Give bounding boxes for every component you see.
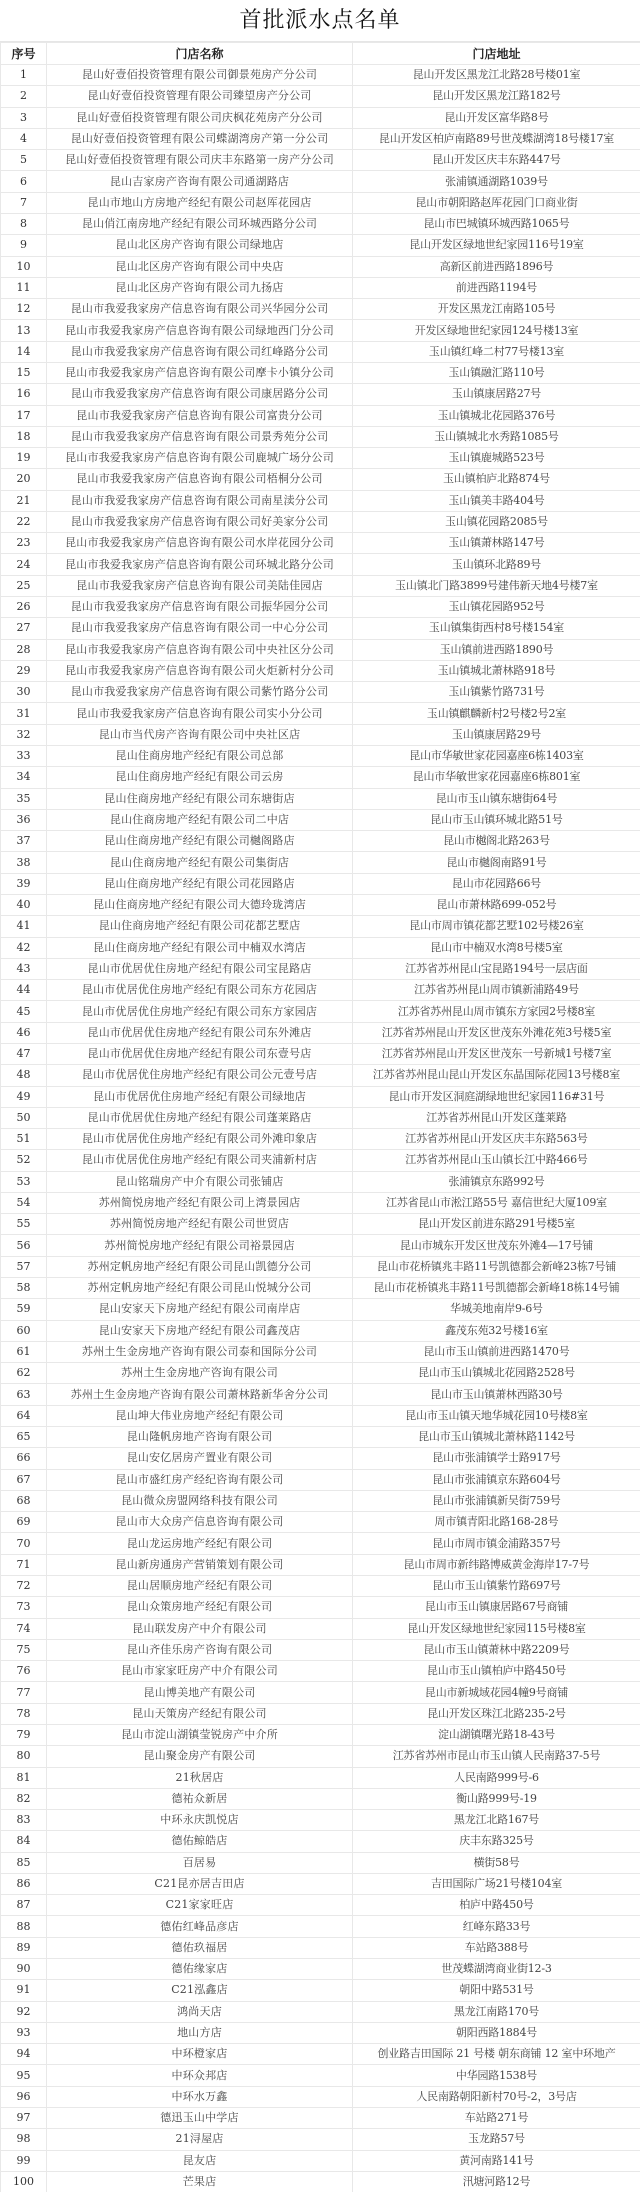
- row-number: 73: [1, 1597, 47, 1618]
- store-name: 昆山安家天下房地产经纪有限公司南岸店: [47, 1299, 353, 1320]
- store-address: 汛塘河路12号: [353, 2171, 640, 2192]
- row-number: 32: [1, 724, 47, 745]
- store-address: 昆山市中楠双水湾8号楼5室: [353, 937, 640, 958]
- table-row: 11昆山北区房产咨询有限公司九扬店前进西路1194号: [1, 277, 640, 298]
- table-row: 8昆山俏江南房地产经纪有限公司环城西路分公司昆山市巴城镇环城西路1065号: [1, 213, 640, 234]
- row-number: 50: [1, 1107, 47, 1128]
- table-row: 50昆山市优居优住房地产经纪有限公司蓬莱路店江苏省苏州昆山开发区蓬莱路: [1, 1107, 640, 1128]
- row-number: 92: [1, 2001, 47, 2022]
- row-number: 100: [1, 2171, 47, 2192]
- store-address: 昆山市玉山镇天地华城花园10号楼8室: [353, 1405, 640, 1426]
- row-number: 18: [1, 426, 47, 447]
- row-number: 74: [1, 1618, 47, 1639]
- table-row: 80昆山聚金房产有限公司江苏省苏州市昆山市玉山镇人民南路37-5号: [1, 1746, 640, 1767]
- row-number: 67: [1, 1469, 47, 1490]
- table-row: 38昆山住商房地产经纪有限公司集街店昆山市樾阁南路91号: [1, 852, 640, 873]
- store-address: 江苏省苏州市昆山市玉山镇人民南路37-5号: [353, 1746, 640, 1767]
- table-row: 65昆山隆帆房地产咨询有限公司昆山市玉山镇城北萧林路1142号: [1, 1427, 640, 1448]
- row-number: 90: [1, 1959, 47, 1980]
- row-number: 46: [1, 1022, 47, 1043]
- store-address: 昆山市花桥镇兆丰路11号凯德都会新峰18栋14号铺: [353, 1278, 640, 1299]
- store-address: 昆山市花桥镇兆丰路11号凯德都会新峰23栋7号铺: [353, 1256, 640, 1277]
- row-number: 8: [1, 213, 47, 234]
- store-address: 江苏省苏州昆山宝昆路194号一层店面: [353, 958, 640, 979]
- table-row: 57苏州定帆房地产经纪有限公司昆山凯德分公司昆山市花桥镇兆丰路11号凯德都会新峰…: [1, 1256, 640, 1277]
- row-number: 1: [1, 65, 47, 86]
- row-number: 72: [1, 1575, 47, 1596]
- table-row: 66昆山安亿居房产置业有限公司昆山市张浦镇学士路917号: [1, 1448, 640, 1469]
- store-address: 昆山开发区绿地世纪家园115号楼8室: [353, 1618, 640, 1639]
- table-row: 7昆山市地山方房地产经纪有限公司赵厍花园店昆山市朝阳路赵厍花园门口商业街: [1, 192, 640, 213]
- store-name: 昆山住商房地产经纪有限公司樾阁路店: [47, 831, 353, 852]
- row-number: 30: [1, 682, 47, 703]
- table-row: 75昆山齐佳乐房产咨询有限公司昆山市玉山镇萧林中路2209号: [1, 1639, 640, 1660]
- store-address: 玉山镇柏庐北路874号: [353, 469, 640, 490]
- store-name: 昆山龙运房地产经纪有限公司: [47, 1533, 353, 1554]
- store-address: 玉山镇康居路29号: [353, 724, 640, 745]
- table-row: 39昆山住商房地产经纪有限公司花园路店昆山市花园路66号: [1, 873, 640, 894]
- store-address: 玉山镇花园路952号: [353, 597, 640, 618]
- table-row: 4昆山好壹佰投资管理有限公司蝶湖湾房产第一分公司昆山开发区柏庐南路89号世茂蝶湖…: [1, 128, 640, 149]
- store-name: 昆山聚金房产有限公司: [47, 1746, 353, 1767]
- column-header-address: 门店地址: [353, 43, 640, 65]
- table-row: 96中环水万鑫人民南路朝阳新村70号-2，3号店: [1, 2086, 640, 2107]
- row-number: 63: [1, 1384, 47, 1405]
- table-row: 61苏州土生金房地产咨询有限公司泰和国际分公司昆山市玉山镇前进西路1470号: [1, 1341, 640, 1362]
- store-address: 张浦镇京东路992号: [353, 1171, 640, 1192]
- row-number: 88: [1, 1916, 47, 1937]
- row-number: 20: [1, 469, 47, 490]
- row-number: 51: [1, 1129, 47, 1150]
- table-row: 99昆友店黄河南路141号: [1, 2150, 640, 2171]
- store-name: 昆山居顺房地产经纪有限公司: [47, 1575, 353, 1596]
- spreadsheet: 首批派水点名单 序号 门店名称 门店地址 1昆山好壹佰投资管理有限公司御景苑房产…: [0, 0, 640, 2192]
- table-row: 44昆山市优居优住房地产经纪有限公司东方花园店江苏省苏州昆山周市镇新浦路49号: [1, 980, 640, 1001]
- store-name: 昆山市我爱我家房产信息咨询有限公司红峰路分公司: [47, 341, 353, 362]
- table-row: 41昆山住商房地产经纪有限公司花都艺墅店昆山市周市镇花都艺墅102号楼26室: [1, 916, 640, 937]
- table-row: 52昆山市优居优住房地产经纪有限公司夹浦新村店江苏省苏州昆山玉山镇长江中路466…: [1, 1150, 640, 1171]
- store-name: 昆山众策房地产经纪有限公司: [47, 1597, 353, 1618]
- table-row: 40昆山住商房地产经纪有限公司大德玲珑湾店昆山市萧林路699-052号: [1, 894, 640, 915]
- store-address: 吉田国际广场21号楼104室: [353, 1873, 640, 1894]
- table-row: 48昆山市优居优住房地产经纪有限公司公元壹号店江苏省苏州昆山昆山开发区东晶国际花…: [1, 1065, 640, 1086]
- row-number: 7: [1, 192, 47, 213]
- row-number: 77: [1, 1682, 47, 1703]
- table-row: 53昆山铭瑞房产中介有限公司张铺店张浦镇京东路992号: [1, 1171, 640, 1192]
- store-address: 昆山市花园路66号: [353, 873, 640, 894]
- row-number: 39: [1, 873, 47, 894]
- store-address: 张浦镇通湖路1039号: [353, 171, 640, 192]
- store-name: 昆山好壹佰投资管理有限公司庆枫花苑房产分公司: [47, 107, 353, 128]
- store-name: 昆山市我爱我家房产信息咨询有限公司美陆佳园店: [47, 575, 353, 596]
- table-row: 83中环永庆凯悦店黑龙江北路167号: [1, 1810, 640, 1831]
- store-name: 昆山市我爱我家房产信息咨询有限公司火炬新村分公司: [47, 660, 353, 681]
- store-name: 昆山北区房产咨询有限公司九扬店: [47, 277, 353, 298]
- store-address: 朝阳中路531号: [353, 1980, 640, 2001]
- store-name: 苏州定帆房地产经纪有限公司昆山凯德分公司: [47, 1256, 353, 1277]
- store-name: 苏州定帆房地产经纪有限公司昆山悦城分公司: [47, 1278, 353, 1299]
- row-number: 71: [1, 1554, 47, 1575]
- table-row: 24昆山市我爱我家房产信息咨询有限公司环城北路分公司玉山镇环北路89号: [1, 554, 640, 575]
- store-name: 昆山坤大伟业房地产经纪有限公司: [47, 1405, 353, 1426]
- table-row: 19昆山市我爱我家房产信息咨询有限公司鹿城广场分公司玉山镇鹿城路523号: [1, 448, 640, 469]
- table-row: 77昆山博美地产有限公司昆山市新城域花园4幢9号商铺: [1, 1682, 640, 1703]
- table-row: 93地山方店朝阳西路1884号: [1, 2022, 640, 2043]
- table-row: 88德佑红峰品彦店红峰东路33号: [1, 1916, 640, 1937]
- table-row: 91C21泓鑫店朝阳中路531号: [1, 1980, 640, 2001]
- store-address: 昆山市华敏世家花园嘉座6栋1403室: [353, 746, 640, 767]
- table-row: 90德佑缘家店世茂蝶湖湾商业街12-3: [1, 1959, 640, 1980]
- table-row: 6昆山吉家房产咨询有限公司通湖路店张浦镇通湖路1039号: [1, 171, 640, 192]
- store-address: 红峰东路33号: [353, 1916, 640, 1937]
- row-number: 61: [1, 1341, 47, 1362]
- row-number: 31: [1, 703, 47, 724]
- table-row: 14昆山市我爱我家房产信息咨询有限公司红峰路分公司玉山镇红峰二村77号楼13室: [1, 341, 640, 362]
- store-name: 昆山市我爱我家房产信息咨询有限公司绿地西门分公司: [47, 320, 353, 341]
- store-address: 黑龙江南路170号: [353, 2001, 640, 2022]
- store-address: 昆山市张浦镇新吴街759号: [353, 1490, 640, 1511]
- row-number: 47: [1, 1043, 47, 1064]
- table-row: 3昆山好壹佰投资管理有限公司庆枫花苑房产分公司昆山开发区富华路8号: [1, 107, 640, 128]
- store-address: 玉山镇花园路2085号: [353, 511, 640, 532]
- store-address: 昆山市玉山镇萧林西路30号: [353, 1384, 640, 1405]
- store-name: 昆山铭瑞房产中介有限公司张铺店: [47, 1171, 353, 1192]
- row-number: 42: [1, 937, 47, 958]
- store-address: 昆山市玉山镇康居路67号商铺: [353, 1597, 640, 1618]
- row-number: 48: [1, 1065, 47, 1086]
- row-number: 15: [1, 362, 47, 383]
- row-number: 52: [1, 1150, 47, 1171]
- store-name: 百居易: [47, 1852, 353, 1873]
- table-row: 17昆山市我爱我家房产信息咨询有限公司富贵分公司玉山镇城北花园路376号: [1, 405, 640, 426]
- store-name: 昆山安亿居房产置业有限公司: [47, 1448, 353, 1469]
- row-number: 25: [1, 575, 47, 596]
- table-row: 70昆山龙运房地产经纪有限公司昆山市周市镇金浦路357号: [1, 1533, 640, 1554]
- row-number: 78: [1, 1703, 47, 1724]
- store-address: 玉山镇前进西路1890号: [353, 639, 640, 660]
- store-name: 昆山市淀山湖镇莹锐房产中介所: [47, 1724, 353, 1745]
- column-header-name: 门店名称: [47, 43, 353, 65]
- store-address: 车站路388号: [353, 1937, 640, 1958]
- row-number: 2: [1, 86, 47, 107]
- store-address: 昆山市周市新纬路博威黄金海岸17-7号: [353, 1554, 640, 1575]
- table-row: 89德佑玖福居车站路388号: [1, 1937, 640, 1958]
- store-name: 昆山俏江南房地产经纪有限公司环城西路分公司: [47, 213, 353, 234]
- store-name: 鸿尚天店: [47, 2001, 353, 2022]
- store-address: 昆山市玉山镇环城北路51号: [353, 809, 640, 830]
- table-row: 49昆山市优居优住房地产经纪有限公司绿地店昆山市开发区洞庭湖绿地世纪家园116#…: [1, 1086, 640, 1107]
- store-name: 昆山市优居优住房地产经纪有限公司夹浦新村店: [47, 1150, 353, 1171]
- store-name: 昆山住商房地产经纪有限公司中楠双水湾店: [47, 937, 353, 958]
- row-number: 21: [1, 490, 47, 511]
- table-row: 20昆山市我爱我家房产信息咨询有限公司梧桐分公司玉山镇柏庐北路874号: [1, 469, 640, 490]
- table-row: 2昆山好壹佰投资管理有限公司臻望房产分公司昆山开发区黑龙江路182号: [1, 86, 640, 107]
- row-number: 43: [1, 958, 47, 979]
- store-name: 昆山市当代房产咨询有限公司中央社区店: [47, 724, 353, 745]
- store-address: 玉山镇城北萧林路918号: [353, 660, 640, 681]
- row-number: 98: [1, 2129, 47, 2150]
- header-row: 序号 门店名称 门店地址: [1, 43, 640, 65]
- store-address: 人民南路999号-6: [353, 1767, 640, 1788]
- row-number: 64: [1, 1405, 47, 1426]
- store-name: 昆山安家天下房地产经纪有限公司鑫茂店: [47, 1320, 353, 1341]
- store-name: 中环水万鑫: [47, 2086, 353, 2107]
- row-number: 6: [1, 171, 47, 192]
- row-number: 17: [1, 405, 47, 426]
- row-number: 38: [1, 852, 47, 873]
- table-row: 72昆山居顺房地产经纪有限公司昆山市玉山镇紫竹路697号: [1, 1575, 640, 1596]
- table-row: 43昆山市优居优住房地产经纪有限公司宝昆路店江苏省苏州昆山宝昆路194号一层店面: [1, 958, 640, 979]
- store-name: 昆山市地山方房地产经纪有限公司赵厍花园店: [47, 192, 353, 213]
- row-number: 36: [1, 809, 47, 830]
- table-body: 1昆山好壹佰投资管理有限公司御景苑房产分公司昆山开发区黑龙江北路28号楼01室2…: [1, 65, 640, 2192]
- row-number: 41: [1, 916, 47, 937]
- row-number: 94: [1, 2044, 47, 2065]
- row-number: 66: [1, 1448, 47, 1469]
- table-row: 79昆山市淀山湖镇莹锐房产中介所淀山湖镇曙光路18-43号: [1, 1724, 640, 1745]
- store-name: 昆山市家家旺房产中介有限公司: [47, 1661, 353, 1682]
- table-row: 18昆山市我爱我家房产信息咨询有限公司景秀苑分公司玉山镇城北水秀路1085号: [1, 426, 640, 447]
- page-title: 首批派水点名单: [0, 0, 640, 42]
- store-address: 江苏省苏州昆山开发区蓬莱路: [353, 1107, 640, 1128]
- store-name: 昆山市我爱我家房产信息咨询有限公司水岸花园分公司: [47, 533, 353, 554]
- store-name: C21泓鑫店: [47, 1980, 353, 2001]
- table-row: 16昆山市我爱我家房产信息咨询有限公司康居路分公司玉山镇康居路27号: [1, 384, 640, 405]
- store-address: 江苏省苏州昆山开发区世茂东一号新城1号楼7室: [353, 1043, 640, 1064]
- store-name: 昆山市优居优住房地产经纪有限公司蓬莱路店: [47, 1107, 353, 1128]
- store-name: 苏州土生金房地产咨询有限公司: [47, 1363, 353, 1384]
- store-name: 昆山市我爱我家房产信息咨询有限公司鹿城广场分公司: [47, 448, 353, 469]
- store-address: 玉山镇红峰二村77号楼13室: [353, 341, 640, 362]
- row-number: 80: [1, 1746, 47, 1767]
- store-address: 昆山市张浦镇学士路917号: [353, 1448, 640, 1469]
- store-address: 昆山市玉山镇紫竹路697号: [353, 1575, 640, 1596]
- store-name: 昆山天策房产经纪有限公司: [47, 1703, 353, 1724]
- store-address: 昆山开发区前进东路291号楼5室: [353, 1214, 640, 1235]
- store-name: 中环众邦店: [47, 2065, 353, 2086]
- store-address: 玉山镇集街西村8号楼154室: [353, 618, 640, 639]
- store-name: 昆山好壹佰投资管理有限公司御景苑房产分公司: [47, 65, 353, 86]
- table-row: 10昆山北区房产咨询有限公司中央店高新区前进西路1896号: [1, 256, 640, 277]
- table-row: 31昆山市我爱我家房产信息咨询有限公司实小分公司玉山镇麒麟新村2号楼2号2室: [1, 703, 640, 724]
- store-address: 昆山市玉山镇柏庐中路450号: [353, 1661, 640, 1682]
- store-address: 昆山市开发区洞庭湖绿地世纪家园116#31号: [353, 1086, 640, 1107]
- row-number: 91: [1, 1980, 47, 2001]
- store-address: 开发区绿地世纪家园124号楼13室: [353, 320, 640, 341]
- store-name: 21浔屋店: [47, 2129, 353, 2150]
- store-name: 中环永庆凯悦店: [47, 1810, 353, 1831]
- store-name: 昆山住商房地产经纪有限公司云房: [47, 767, 353, 788]
- store-name: 苏州简悦房地产经纪有限公司世贸店: [47, 1214, 353, 1235]
- table-row: 54苏州简悦房地产经纪有限公司上湾景园店江苏省昆山市淞江路55号 嘉信世纪大厦1…: [1, 1192, 640, 1213]
- store-name: 昆山北区房产咨询有限公司绿地店: [47, 235, 353, 256]
- store-name: 昆山北区房产咨询有限公司中央店: [47, 256, 353, 277]
- store-address: 中华园路1538号: [353, 2065, 640, 2086]
- table-row: 15昆山市我爱我家房产信息咨询有限公司摩卡小镇分公司玉山镇融汇路110号: [1, 362, 640, 383]
- store-address: 江苏省苏州昆山周市镇新浦路49号: [353, 980, 640, 1001]
- store-address: 昆山市周市镇花都艺墅102号楼26室: [353, 916, 640, 937]
- row-number: 87: [1, 1895, 47, 1916]
- row-number: 3: [1, 107, 47, 128]
- row-number: 79: [1, 1724, 47, 1745]
- store-address: 江苏省昆山市淞江路55号 嘉信世纪大厦109室: [353, 1192, 640, 1213]
- store-name: 昆山好壹佰投资管理有限公司庆丰东路第一房产分公司: [47, 150, 353, 171]
- store-name: 昆山住商房地产经纪有限公司集街店: [47, 852, 353, 873]
- store-name: 昆山住商房地产经纪有限公司总部: [47, 746, 353, 767]
- store-name: 昆山市我爱我家房产信息咨询有限公司景秀苑分公司: [47, 426, 353, 447]
- store-address: 前进西路1194号: [353, 277, 640, 298]
- store-address: 江苏省苏州昆山周市镇东方家园2号楼8室: [353, 1001, 640, 1022]
- store-address: 江苏省苏州昆山玉山镇长江中路466号: [353, 1150, 640, 1171]
- store-name: 昆山市优居优住房地产经纪有限公司东方花园店: [47, 980, 353, 1001]
- row-number: 81: [1, 1767, 47, 1788]
- store-address: 人民南路朝阳新村70号-2，3号店: [353, 2086, 640, 2107]
- row-number: 99: [1, 2150, 47, 2171]
- store-name: 昆山市优居优住房地产经纪有限公司公元壹号店: [47, 1065, 353, 1086]
- row-number: 14: [1, 341, 47, 362]
- store-address: 玉山镇康居路27号: [353, 384, 640, 405]
- store-name: 昆山住商房地产经纪有限公司花园路店: [47, 873, 353, 894]
- store-address: 昆山市城东开发区世茂东外滩4—17号铺: [353, 1235, 640, 1256]
- store-name: 昆山市优居优住房地产经纪有限公司绿地店: [47, 1086, 353, 1107]
- table-row: 68昆山微众房盟网络科技有限公司昆山市张浦镇新吴街759号: [1, 1490, 640, 1511]
- store-name: 昆山齐佳乐房产咨询有限公司: [47, 1639, 353, 1660]
- store-address: 玉山镇融汇路110号: [353, 362, 640, 383]
- store-address: 昆山开发区柏庐南路89号世茂蝶湖湾18号楼17室: [353, 128, 640, 149]
- row-number: 49: [1, 1086, 47, 1107]
- store-name: 昆山微众房盟网络科技有限公司: [47, 1490, 353, 1511]
- store-name: 昆山市盛红房产经纪咨询有限公司: [47, 1469, 353, 1490]
- table-row: 46昆山市优居优住房地产经纪有限公司东外滩店江苏省苏州昆山开发区世茂东外滩花苑3…: [1, 1022, 640, 1043]
- row-number: 26: [1, 597, 47, 618]
- store-address: 昆山市新城域花园4幢9号商铺: [353, 1682, 640, 1703]
- row-number: 56: [1, 1235, 47, 1256]
- store-name: 昆山好壹佰投资管理有限公司臻望房产分公司: [47, 86, 353, 107]
- store-name: 苏州土生金房地产咨询有限公司萧林路新华舍分公司: [47, 1384, 353, 1405]
- store-address: 玉山镇麒麟新村2号楼2号2室: [353, 703, 640, 724]
- store-address: 玉山镇环北路89号: [353, 554, 640, 575]
- store-name: C21昆亦居吉田店: [47, 1873, 353, 1894]
- row-number: 34: [1, 767, 47, 788]
- table-row: 27昆山市我爱我家房产信息咨询有限公司一中心分公司玉山镇集街西村8号楼154室: [1, 618, 640, 639]
- store-name: 地山方店: [47, 2022, 353, 2043]
- row-number: 13: [1, 320, 47, 341]
- store-address: 玉山镇北门路3899号建伟新天地4号楼7室: [353, 575, 640, 596]
- row-number: 86: [1, 1873, 47, 1894]
- table-row: 33昆山住商房地产经纪有限公司总部昆山市华敏世家花园嘉座6栋1403室: [1, 746, 640, 767]
- store-address: 昆山市巴城镇环城西路1065号: [353, 213, 640, 234]
- table-row: 29昆山市我爱我家房产信息咨询有限公司火炬新村分公司玉山镇城北萧林路918号: [1, 660, 640, 681]
- store-name: 昆山市我爱我家房产信息咨询有限公司紫竹路分公司: [47, 682, 353, 703]
- column-header-no: 序号: [1, 43, 47, 65]
- store-address: 昆山市樾阁南路91号: [353, 852, 640, 873]
- table-row: 35昆山住商房地产经纪有限公司东塘街店昆山市玉山镇东塘街64号: [1, 788, 640, 809]
- store-address: 玉山镇鹿城路523号: [353, 448, 640, 469]
- table-row: 55苏州简悦房地产经纪有限公司世贸店昆山开发区前进东路291号楼5室: [1, 1214, 640, 1235]
- row-number: 16: [1, 384, 47, 405]
- store-name: 德祐众新居: [47, 1788, 353, 1809]
- store-address: 玉山镇紫竹路731号: [353, 682, 640, 703]
- table-row: 64昆山坤大伟业房地产经纪有限公司昆山市玉山镇天地华城花园10号楼8室: [1, 1405, 640, 1426]
- row-number: 85: [1, 1852, 47, 1873]
- row-number: 69: [1, 1512, 47, 1533]
- store-address: 昆山市玉山镇东塘街64号: [353, 788, 640, 809]
- row-number: 29: [1, 660, 47, 681]
- store-name: 昆山市我爱我家房产信息咨询有限公司中央社区分公司: [47, 639, 353, 660]
- store-address: 玉山镇美丰路404号: [353, 490, 640, 511]
- store-address: 鑫茂东苑32号楼16室: [353, 1320, 640, 1341]
- store-name: 德佑红峰品彦店: [47, 1916, 353, 1937]
- store-name: 昆友店: [47, 2150, 353, 2171]
- table-row: 59昆山安家天下房地产经纪有限公司南岸店华城美地南岸9-6号: [1, 1299, 640, 1320]
- store-name: 苏州土生金房地产咨询有限公司泰和国际分公司: [47, 1341, 353, 1362]
- store-address: 朝阳西路1884号: [353, 2022, 640, 2043]
- table-row: 30昆山市我爱我家房产信息咨询有限公司紫竹路分公司玉山镇紫竹路731号: [1, 682, 640, 703]
- store-name: C21家家旺店: [47, 1895, 353, 1916]
- store-name: 昆山新房通房产营销策划有限公司: [47, 1554, 353, 1575]
- store-address: 昆山市华敏世家花园嘉座6栋801室: [353, 767, 640, 788]
- table-row: 78昆山天策房产经纪有限公司昆山开发区珠江北路235-2号: [1, 1703, 640, 1724]
- table-row: 73昆山众策房地产经纪有限公司昆山市玉山镇康居路67号商铺: [1, 1597, 640, 1618]
- store-name: 苏州简悦房地产经纪有限公司裕景园店: [47, 1235, 353, 1256]
- store-address: 玉山镇萧林路147号: [353, 533, 640, 554]
- row-number: 70: [1, 1533, 47, 1554]
- store-name: 昆山市我爱我家房产信息咨询有限公司康居路分公司: [47, 384, 353, 405]
- row-number: 96: [1, 2086, 47, 2107]
- store-address: 昆山市张浦镇京东路604号: [353, 1469, 640, 1490]
- row-number: 76: [1, 1661, 47, 1682]
- store-name: 昆山好壹佰投资管理有限公司蝶湖湾房产第一分公司: [47, 128, 353, 149]
- store-address: 昆山开发区黑龙江路182号: [353, 86, 640, 107]
- table-row: 34昆山住商房地产经纪有限公司云房昆山市华敏世家花园嘉座6栋801室: [1, 767, 640, 788]
- table-row: 37昆山住商房地产经纪有限公司樾阁路店昆山市樾阁北路263号: [1, 831, 640, 852]
- store-name: 昆山市优居优住房地产经纪有限公司东壹号店: [47, 1043, 353, 1064]
- row-number: 95: [1, 2065, 47, 2086]
- row-number: 33: [1, 746, 47, 767]
- store-name: 德佑玖福居: [47, 1937, 353, 1958]
- store-name: 21秋居店: [47, 1767, 353, 1788]
- table-row: 9昆山北区房产咨询有限公司绿地店昆山开发区绿地世纪家园116号19室: [1, 235, 640, 256]
- store-address: 昆山市玉山镇城北花园路2528号: [353, 1363, 640, 1384]
- store-name: 昆山住商房地产经纪有限公司大德玲珑湾店: [47, 894, 353, 915]
- row-number: 5: [1, 150, 47, 171]
- store-name: 昆山市优居优住房地产经纪有限公司外滩印象店: [47, 1129, 353, 1150]
- row-number: 55: [1, 1214, 47, 1235]
- row-number: 10: [1, 256, 47, 277]
- store-name: 昆山住商房地产经纪有限公司花都艺墅店: [47, 916, 353, 937]
- store-address: 昆山市周市镇金浦路357号: [353, 1533, 640, 1554]
- row-number: 75: [1, 1639, 47, 1660]
- row-number: 27: [1, 618, 47, 639]
- table-row: 12昆山市我爱我家房产信息咨询有限公司兴华园分公司开发区黑龙江南路105号: [1, 299, 640, 320]
- store-name: 昆山住商房地产经纪有限公司东塘街店: [47, 788, 353, 809]
- store-address: 高新区前进西路1896号: [353, 256, 640, 277]
- row-number: 23: [1, 533, 47, 554]
- row-number: 68: [1, 1490, 47, 1511]
- store-name: 昆山住商房地产经纪有限公司二中店: [47, 809, 353, 830]
- table-row: 82德祐众新居衡山路999号-19: [1, 1788, 640, 1809]
- table-row: 86C21昆亦居吉田店吉田国际广场21号楼104室: [1, 1873, 640, 1894]
- store-address: 柏庐中路450号: [353, 1895, 640, 1916]
- row-number: 84: [1, 1831, 47, 1852]
- row-number: 57: [1, 1256, 47, 1277]
- row-number: 83: [1, 1810, 47, 1831]
- store-address: 庆丰东路325号: [353, 1831, 640, 1852]
- table-row: 45昆山市优居优住房地产经纪有限公司东方家园店江苏省苏州昆山周市镇东方家园2号楼…: [1, 1001, 640, 1022]
- table-row: 94中环橙家店创业路吉田国际 21 号楼 朝东商铺 12 室中环地产: [1, 2044, 640, 2065]
- store-address: 昆山市樾阁北路263号: [353, 831, 640, 852]
- store-address: 衡山路999号-19: [353, 1788, 640, 1809]
